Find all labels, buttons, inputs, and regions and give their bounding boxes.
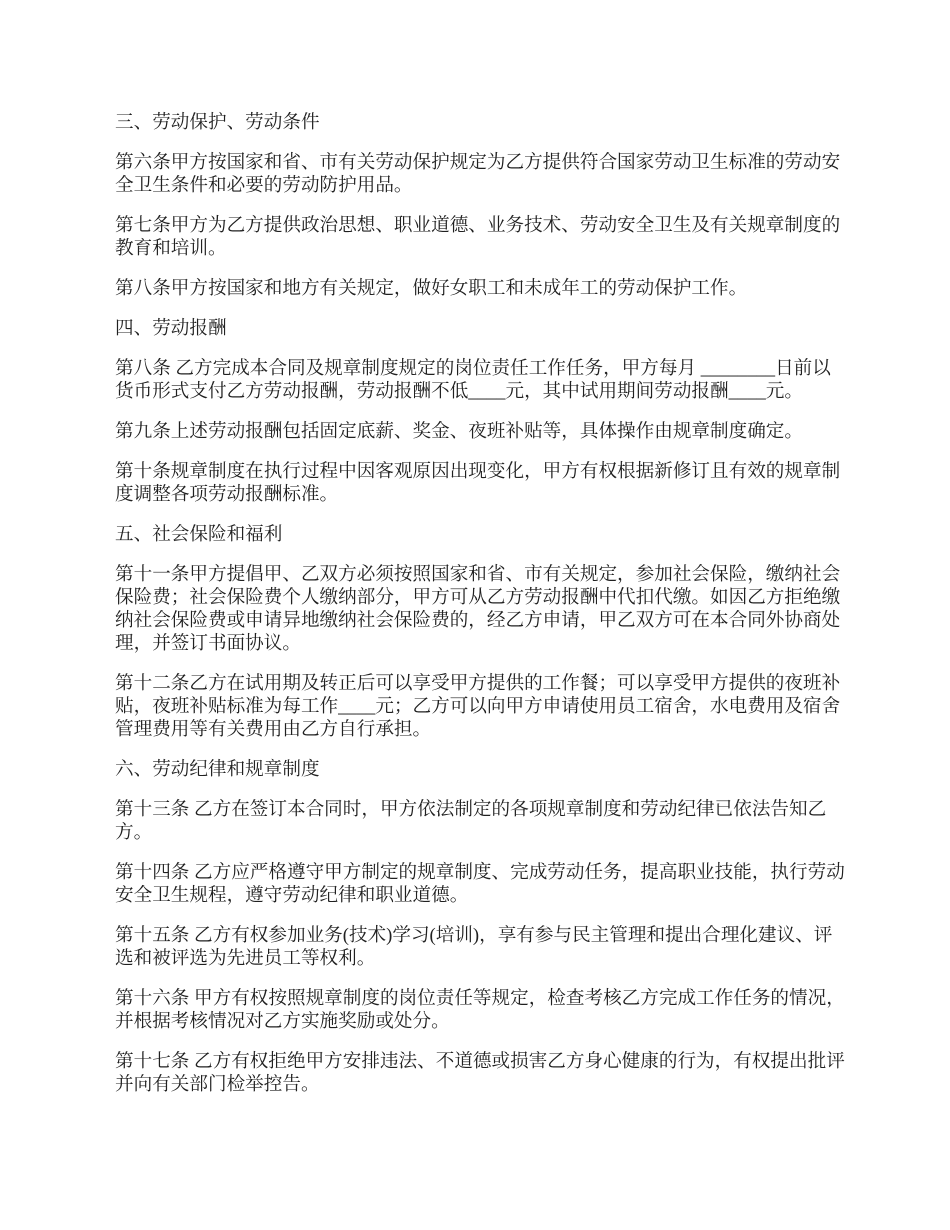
clause-paragraph: 第十七条 乙方有权拒绝甲方安排违法、不道德或损害乙方身心健康的行为，有权提出批评…: [115, 1050, 847, 1096]
section-heading: 五、社会保险和福利: [115, 523, 847, 546]
clause-paragraph: 第十二条乙方在试用期及转正后可以享受甲方提供的工作餐；可以享受甲方提供的夜班补贴…: [115, 672, 847, 741]
clause-paragraph: 第七条甲方为乙方提供政治思想、职业道德、业务技术、劳动安全卫生及有关规章制度的教…: [115, 214, 847, 260]
section-heading: 六、劳动纪律和规章制度: [115, 758, 847, 781]
clause-paragraph: 第八条 乙方完成本合同及规章制度规定的岗位责任工作任务，甲方每月 _______…: [115, 357, 847, 403]
clause-paragraph: 第十五条 乙方有权参加业务(技术)学习(培训)，享有参与民主管理和提出合理化建议…: [115, 924, 847, 970]
section-heading: 三、劳动保护、劳动条件: [115, 111, 847, 134]
clause-paragraph: 第十条规章制度在执行过程中因客观原因出现变化，甲方有权根据新修订且有效的规章制度…: [115, 460, 847, 506]
clause-paragraph: 第十一条甲方提倡甲、乙双方必须按照国家和省、市有关规定，参加社会保险，缴纳社会保…: [115, 563, 847, 655]
clause-paragraph: 第十六条 甲方有权按照规章制度的岗位责任等规定，检查考核乙方完成工作任务的情况，…: [115, 987, 847, 1033]
clause-paragraph: 第六条甲方按国家和省、市有关劳动保护规定为乙方提供符合国家劳动卫生标准的劳动安全…: [115, 151, 847, 197]
contract-body: 三、劳动保护、劳动条件第六条甲方按国家和省、市有关劳动保护规定为乙方提供符合国家…: [115, 111, 847, 1096]
clause-paragraph: 第十四条 乙方应严格遵守甲方制定的规章制度、完成劳动任务，提高职业技能，执行劳动…: [115, 861, 847, 907]
contract-page: 三、劳动保护、劳动条件第六条甲方按国家和省、市有关劳动保护规定为乙方提供符合国家…: [0, 0, 950, 1230]
clause-paragraph: 第八条甲方按国家和地方有关规定，做好女职工和未成年工的劳动保护工作。: [115, 277, 847, 300]
section-heading: 四、劳动报酬: [115, 317, 847, 340]
clause-paragraph: 第十三条 乙方在签订本合同时，甲方依法制定的各项规章制度和劳动纪律已依法告知乙方…: [115, 798, 847, 844]
clause-paragraph: 第九条上述劳动报酬包括固定底薪、奖金、夜班补贴等，具体操作由规章制度确定。: [115, 420, 847, 443]
